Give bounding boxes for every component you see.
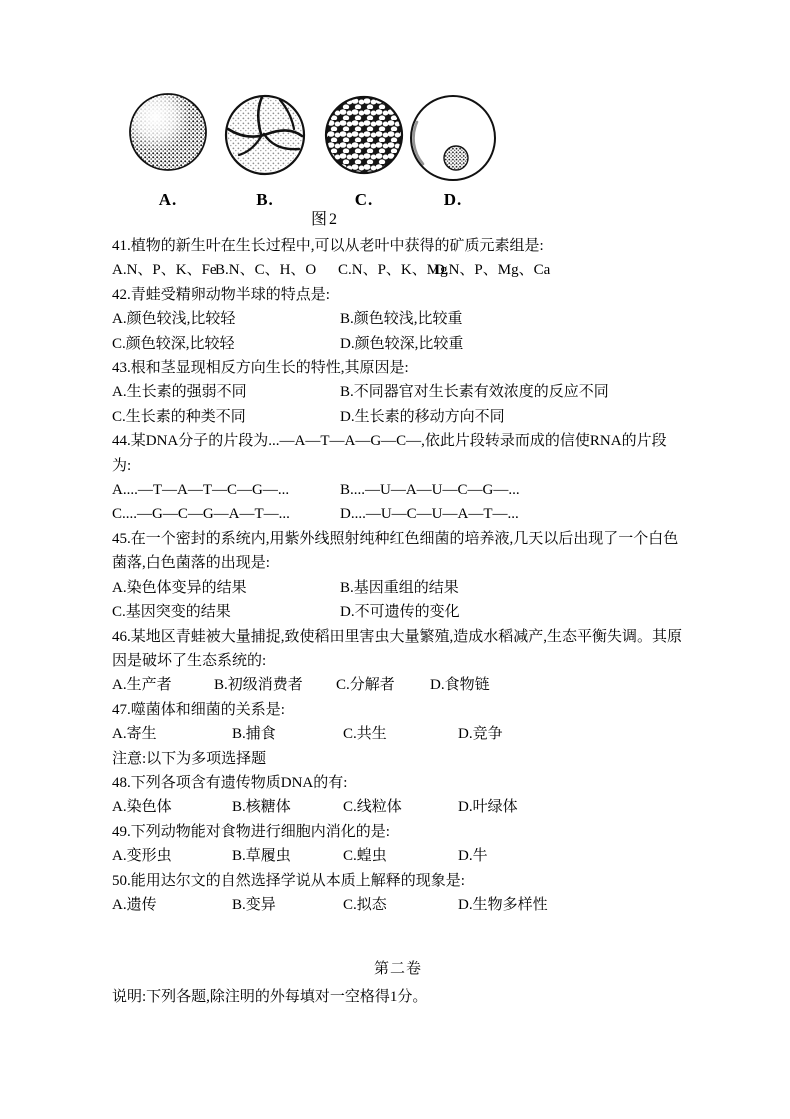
- question-49: 49.下列动物能对食物进行细胞内消化的是: A.变形虫B.草履虫C.蝗虫D.牛: [112, 820, 684, 869]
- option-b: B....—U—A—U—C—G—...: [340, 478, 520, 502]
- option-c: C.N、P、K、Mg: [338, 258, 434, 282]
- question-stem: 43.根和茎显现相反方向生长的特性,其原因是:: [112, 356, 684, 380]
- option-c: C.共生: [343, 722, 458, 746]
- embryo-stage-a-drawing: [120, 84, 216, 180]
- question-41: 41.植物的新生叶在生长过程中,可以从老叶中获得的矿质元素组是: A.N、P、K…: [112, 234, 684, 283]
- multi-choice-notice: 注意:以下为多项选择题: [112, 747, 684, 771]
- question-options-row: C.基因突变的结果D.不可遗传的变化: [112, 600, 684, 624]
- option-c: C.线粒体: [343, 795, 458, 819]
- option-b: B.颜色较浅,比较重: [340, 307, 463, 331]
- option-d: D....—U—C—U—A—T—...: [340, 502, 519, 526]
- question-text: 噬菌体和细菌的关系是:: [131, 702, 285, 718]
- option-a: A.染色体: [112, 795, 232, 819]
- question-42: 42.青蛙受精卵动物半球的特点是: A.颜色较浅,比较轻B.颜色较浅,比较重 C…: [112, 283, 684, 356]
- question-options: A.变形虫B.草履虫C.蝗虫D.牛: [112, 844, 684, 868]
- option-a: A.生产者: [112, 673, 214, 697]
- option-d: D.牛: [458, 844, 488, 868]
- exam-page: A. B. C. D. 图2 41.植物的新生叶在生长过程中,可以从老叶中获得的…: [0, 0, 790, 1119]
- question-text: 下列动物能对食物进行细胞内消化的是:: [131, 824, 390, 840]
- option-c: C....—G—C—G—A—T—...: [112, 502, 340, 526]
- question-stem: 44.某DNA分子的片段为...—A—T—A—G—C—,依此片段转录而成的信使R…: [112, 429, 684, 478]
- question-stem: 50.能用达尔文的自然选择学说从本质上解释的现象是:: [112, 869, 684, 893]
- figure-2: A. B. C. D. 图2: [0, 80, 790, 232]
- option-b: B.捕食: [232, 722, 343, 746]
- option-a: A.生长素的强弱不同: [112, 380, 340, 404]
- option-b: B.草履虫: [232, 844, 343, 868]
- question-43: 43.根和茎显现相反方向生长的特性,其原因是: A.生长素的强弱不同B.不同器官…: [112, 356, 684, 429]
- question-text: 根和茎显现相反方向生长的特性,其原因是:: [131, 360, 409, 376]
- option-c: C.颜色较深,比较轻: [112, 332, 340, 356]
- option-b: B.N、C、H、O: [215, 258, 338, 282]
- option-a: A....—T—A—T—C—G—...: [112, 478, 340, 502]
- option-b: B.核糖体: [232, 795, 343, 819]
- question-stem: 45.在一个密封的系统内,用紫外线照射纯种红色细菌的培养液,几天以后出现了一个白…: [112, 527, 684, 576]
- question-number: 45.: [112, 531, 131, 547]
- option-c: C.蝗虫: [343, 844, 458, 868]
- option-a: A.遗传: [112, 893, 232, 917]
- question-options: A.寄生B.捕食C.共生D.竞争: [112, 722, 684, 746]
- option-a: A.颜色较浅,比较轻: [112, 307, 340, 331]
- question-stem: 46.某地区青蛙被大量捕捉,致使稻田里害虫大量繁殖,造成水稻减产,生态平衡失调。…: [112, 625, 684, 674]
- question-number: 44.: [112, 433, 131, 449]
- question-options-row: A.生长素的强弱不同B.不同器官对生长素有效浓度的反应不同: [112, 380, 684, 404]
- question-number: 41.: [112, 238, 131, 254]
- question-45: 45.在一个密封的系统内,用紫外线照射纯种红色细菌的培养液,几天以后出现了一个白…: [112, 527, 684, 625]
- figure-item-label-a: A.: [138, 190, 198, 210]
- question-options: A.N、P、K、FeB.N、C、H、OC.N、P、K、MgD.N、P、Mg、Ca: [112, 258, 684, 282]
- question-stem: 48.下列各项含有遗传物质DNA的有:: [112, 771, 684, 795]
- question-text: 下列各项含有遗传物质DNA的有:: [131, 775, 348, 791]
- option-a: A.寄生: [112, 722, 232, 746]
- figure-caption: 图2: [285, 206, 365, 229]
- option-b: B.初级消费者: [214, 673, 336, 697]
- section-two-instruction: 说明:下列各题,除注明的外每填对一空格得1分。: [112, 985, 684, 1009]
- question-text: 某地区青蛙被大量捕捉,致使稻田里害虫大量繁殖,造成水稻减产,生态平衡失调。其原因…: [112, 629, 682, 669]
- question-44: 44.某DNA分子的片段为...—A—T—A—G—C—,依此片段转录而成的信使R…: [112, 429, 684, 527]
- option-c: C.生长素的种类不同: [112, 405, 340, 429]
- option-a: A.N、P、K、Fe: [112, 258, 215, 282]
- option-d: D.生长素的移动方向不同: [340, 405, 505, 429]
- question-number: 49.: [112, 824, 131, 840]
- question-stem: 41.植物的新生叶在生长过程中,可以从老叶中获得的矿质元素组是:: [112, 234, 684, 258]
- question-number: 43.: [112, 360, 131, 376]
- option-d: D.竞争: [458, 722, 503, 746]
- question-number: 50.: [112, 873, 131, 889]
- option-d: D.食物链: [430, 673, 490, 697]
- question-options-row: C.颜色较深,比较轻D.颜色较深,比较重: [112, 332, 684, 356]
- question-number: 48.: [112, 775, 131, 791]
- question-stem: 47.噬菌体和细菌的关系是:: [112, 698, 684, 722]
- option-b: B.变异: [232, 893, 343, 917]
- option-d: D.生物多样性: [458, 893, 548, 917]
- question-options: A.染色体B.核糖体C.线粒体D.叶绿体: [112, 795, 684, 819]
- question-text: 能用达尔文的自然选择学说从本质上解释的现象是:: [131, 873, 465, 889]
- embryo-stage-c-drawing: [316, 87, 412, 183]
- question-options-row: C....—G—C—G—A—T—...D....—U—C—U—A—T—...: [112, 502, 684, 526]
- question-number: 42.: [112, 287, 131, 303]
- option-d: D.不可遗传的变化: [340, 600, 460, 624]
- option-a: A.染色体变异的结果: [112, 576, 340, 600]
- question-options-row: A.颜色较浅,比较轻B.颜色较浅,比较重: [112, 307, 684, 331]
- option-a: A.变形虫: [112, 844, 232, 868]
- question-stem: 49.下列动物能对食物进行细胞内消化的是:: [112, 820, 684, 844]
- question-47: 47.噬菌体和细菌的关系是: A.寄生B.捕食C.共生D.竞争: [112, 698, 684, 747]
- question-options-row: C.生长素的种类不同D.生长素的移动方向不同: [112, 405, 684, 429]
- option-b: B.基因重组的结果: [340, 576, 459, 600]
- question-46: 46.某地区青蛙被大量捕捉,致使稻田里害虫大量繁殖,造成水稻减产,生态平衡失调。…: [112, 625, 684, 698]
- question-options: A.遗传B.变异C.拟态D.生物多样性: [112, 893, 684, 917]
- option-c: C.基因突变的结果: [112, 600, 340, 624]
- question-48: 48.下列各项含有遗传物质DNA的有: A.染色体B.核糖体C.线粒体D.叶绿体: [112, 771, 684, 820]
- question-text: 某DNA分子的片段为...—A—T—A—G—C—,依此片段转录而成的信使RNA的…: [112, 433, 667, 473]
- option-b: B.不同器官对生长素有效浓度的反应不同: [340, 380, 609, 404]
- question-list: 41.植物的新生叶在生长过程中,可以从老叶中获得的矿质元素组是: A.N、P、K…: [112, 234, 684, 1009]
- option-d: D.N、P、Mg、Ca: [434, 258, 550, 282]
- figure-item-label-d: D.: [423, 190, 483, 210]
- question-options: A.生产者B.初级消费者C.分解者D.食物链: [112, 673, 684, 697]
- question-text: 青蛙受精卵动物半球的特点是:: [131, 287, 330, 303]
- option-c: C.分解者: [336, 673, 430, 697]
- question-number: 46.: [112, 629, 131, 645]
- embryo-stage-d-drawing: [405, 90, 501, 186]
- question-50: 50.能用达尔文的自然选择学说从本质上解释的现象是: A.遗传B.变异C.拟态D…: [112, 869, 684, 918]
- option-d: D.叶绿体: [458, 795, 518, 819]
- option-d: D.颜色较深,比较重: [340, 332, 463, 356]
- question-options-row: A.染色体变异的结果B.基因重组的结果: [112, 576, 684, 600]
- section-two-title: 第二卷: [112, 957, 684, 981]
- question-number: 47.: [112, 702, 131, 718]
- question-stem: 42.青蛙受精卵动物半球的特点是:: [112, 283, 684, 307]
- option-c: C.拟态: [343, 893, 458, 917]
- question-options-row: A....—T—A—T—C—G—...B....—U—A—U—C—G—...: [112, 478, 684, 502]
- embryo-stage-b-drawing: [217, 87, 313, 183]
- question-text: 植物的新生叶在生长过程中,可以从老叶中获得的矿质元素组是:: [131, 238, 544, 254]
- question-text: 在一个密封的系统内,用紫外线照射纯种红色细菌的培养液,几天以后出现了一个白色菌落…: [112, 531, 678, 571]
